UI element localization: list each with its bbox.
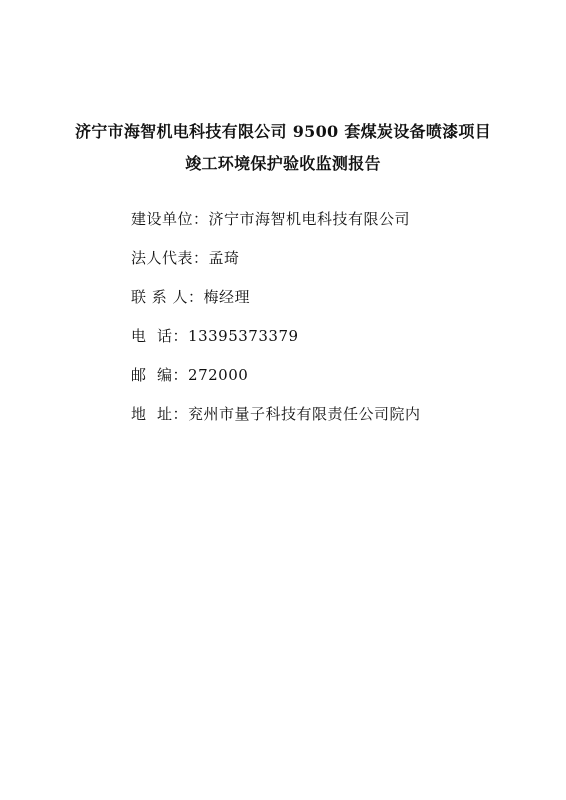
field-label: 联 系 人： [131,288,204,306]
field-value: 272000 [188,366,248,384]
field-label: 邮 编： [131,366,188,384]
report-title-line-2: 竣工环境保护验收监测报告 [0,151,566,174]
field-label: 建设单位： [131,210,209,228]
field-legal-representative: 法人代表：孟琦 [131,247,240,268]
report-title-line-1: 济宁市海智机电科技有限公司 9500 套煤炭设备喷漆项目 [0,119,566,142]
field-value: 13395373379 [188,327,298,345]
field-postcode: 邮 编：272000 [131,364,248,385]
field-value: 梅经理 [204,288,251,306]
field-label: 地 址： [131,405,188,423]
field-value: 兖州市量子科技有限责任公司院内 [188,405,421,423]
field-address: 地 址：兖州市量子科技有限责任公司院内 [131,403,421,424]
field-phone: 电 话：13395373379 [131,325,299,346]
field-value: 济宁市海智机电科技有限公司 [209,210,411,228]
field-construction-unit: 建设单位：济宁市海智机电科技有限公司 [131,208,410,229]
field-contact-person: 联 系 人：梅经理 [131,286,250,307]
field-label: 电 话： [131,327,188,345]
field-value: 孟琦 [209,249,240,267]
field-label: 法人代表： [131,249,209,267]
